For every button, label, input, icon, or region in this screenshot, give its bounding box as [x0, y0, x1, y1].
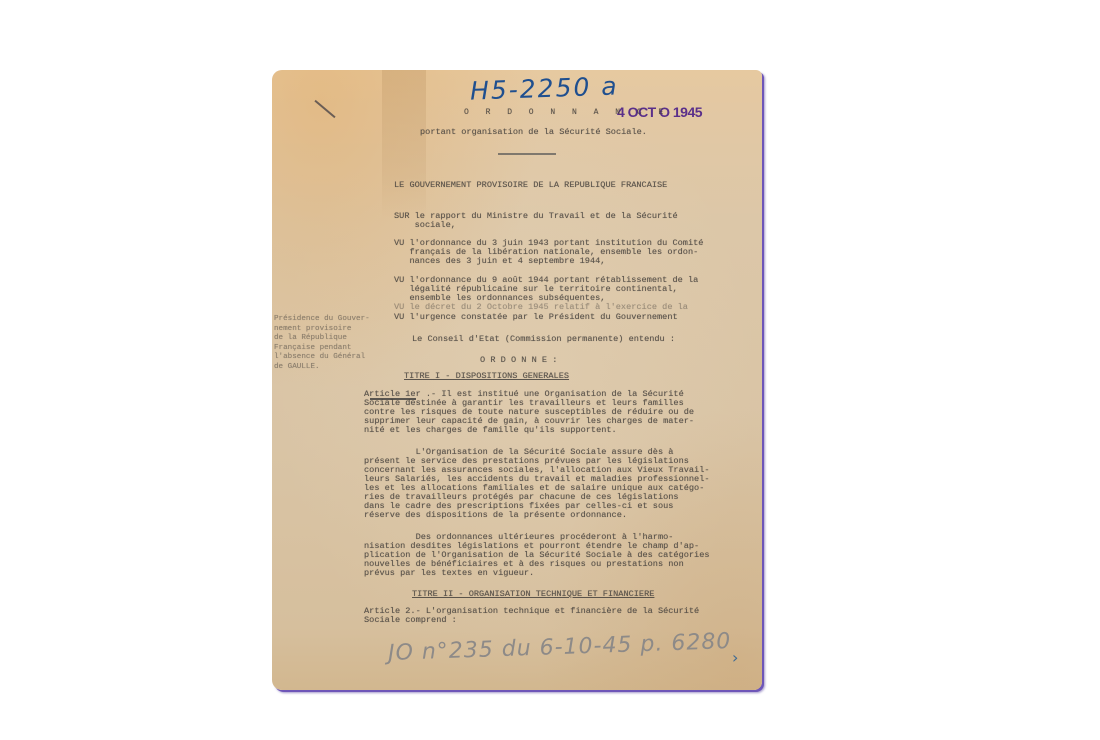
consideration-1: SUR le rapport du Ministre du Travail et… [394, 212, 678, 230]
article-1-text: Article 1er .- Il est institué une Organ… [364, 390, 694, 435]
issuer-line: LE GOUVERNEMENT PROVISOIRE DE LA REPUBLI… [394, 181, 667, 190]
tape-stain [382, 70, 426, 220]
image-canvas: H5-2250 a 4 OCT O 1945 O R D O N N A N C… [0, 0, 1100, 740]
consideration-3: VU l'ordonnance du 9 août 1944 portant r… [394, 276, 698, 303]
paragraph-3: Des ordonnances ultérieures procéderont … [364, 533, 710, 578]
document-subtitle: portant organisation de la Sécurité Soci… [420, 128, 647, 137]
pencil-arrow-icon: › [732, 648, 738, 667]
consideration-5: VU l'urgence constatée par le Président … [394, 313, 678, 322]
title-2-heading: TITRE II - ORGANISATION TECHNIQUE ET FIN… [412, 590, 654, 599]
council-line: Le Conseil d'Etat (Commission permanente… [412, 335, 675, 344]
article-2-text: Article 2.- L'organisation technique et … [364, 607, 699, 625]
pencil-annotation: JO n°235 du 6-10-45 p. 6280 [388, 629, 732, 666]
title-1-heading: TITRE I - DISPOSITIONS GENERALES [404, 372, 569, 381]
paragraph-2: L'Organisation de la Sécurité Sociale as… [364, 448, 710, 520]
document-page: H5-2250 a 4 OCT O 1945 O R D O N N A N C… [272, 70, 762, 690]
ordonne-heading: O R D O N N E : [480, 356, 557, 365]
margin-note: Présidence du Gouver- nement provisoire … [274, 315, 370, 372]
consideration-4-faded: VU le décret du 2 Octobre 1945 relatif à… [394, 303, 688, 312]
handwritten-reference: H5-2250 a [470, 71, 620, 105]
title-rule [498, 153, 556, 155]
pencil-slash-mark [314, 100, 335, 118]
consideration-2: VU l'ordonnance du 3 juin 1943 portant i… [394, 239, 703, 266]
document-title: O R D O N N A N C E [464, 108, 669, 117]
